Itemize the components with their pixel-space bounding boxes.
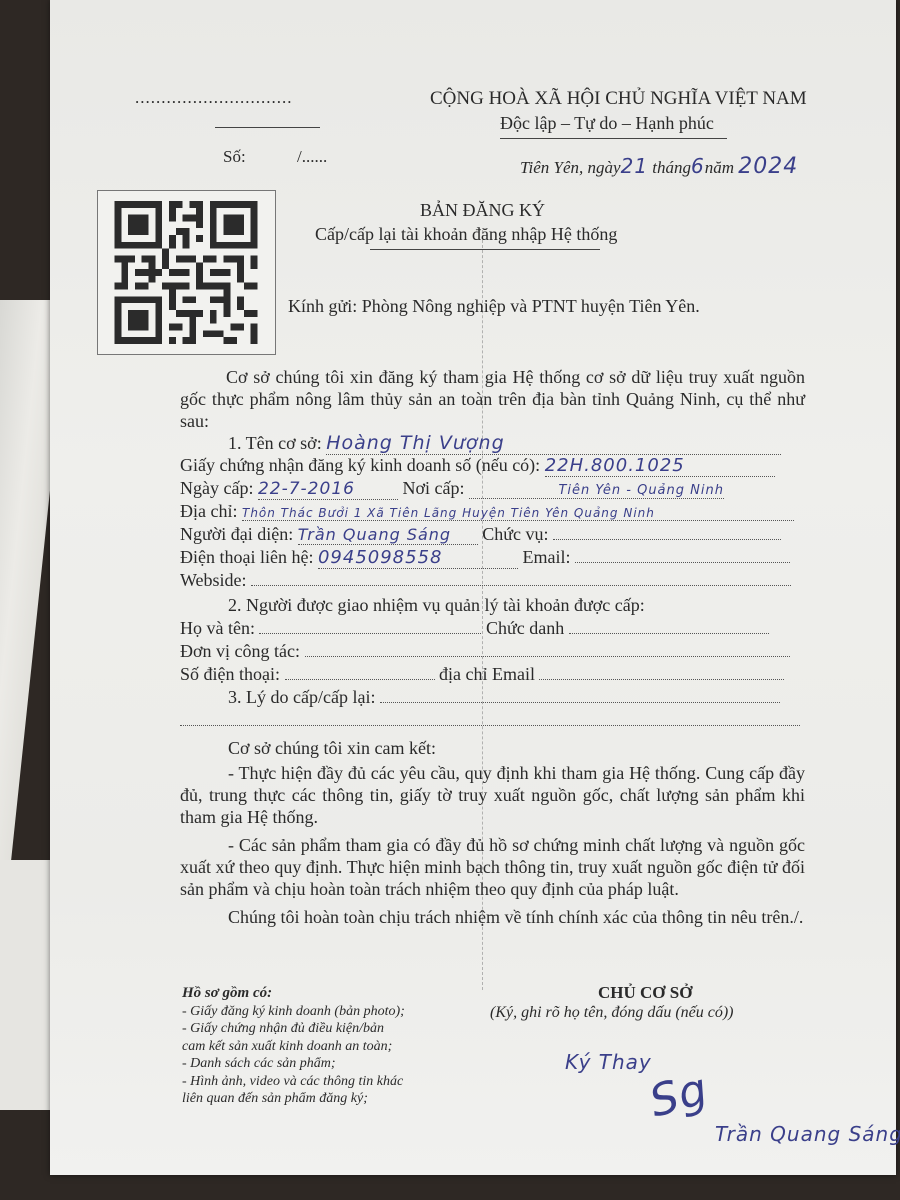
commitment-item-1: - Thực hiện đầy đủ các yêu cầu, quy định… <box>180 762 805 828</box>
year-value: 2024 <box>738 154 798 179</box>
signatory-name: Trần Quang Sáng <box>715 1122 900 1146</box>
issue-place-field[interactable]: Tiên Yên - Quảng Ninh <box>469 483 724 499</box>
divider <box>215 127 320 128</box>
manager-phone-label: Số điện thoại: <box>180 664 280 684</box>
issue-date-field[interactable]: 22-7-2016 <box>258 479 398 500</box>
attachment-item: - Danh sách các sản phẩm; <box>182 1055 482 1073</box>
document-subtitle: Cấp/cấp lại tài khoản đăng nhập Hệ thống <box>315 224 617 245</box>
position-field[interactable] <box>553 539 781 540</box>
address-field[interactable]: Thôn Thác Bưởi 1 Xã Tiên Lãng Huyện Tiên… <box>242 506 794 521</box>
business-cert-label: Giấy chứng nhận đăng ký kinh doanh số (n… <box>180 455 540 475</box>
attachments-heading: Hồ sơ gồm có: <box>182 985 482 1003</box>
reason-field-line2[interactable] <box>180 725 800 726</box>
manager-name-row: Họ và tên: Chức danh <box>180 618 805 640</box>
signature-note: Ký Thay <box>565 1050 652 1074</box>
email-field[interactable] <box>575 562 790 563</box>
reason-row-continued <box>180 710 805 732</box>
address-label: Địa chỉ: <box>180 501 237 521</box>
commitment-closing: Chúng tôi hoàn toàn chịu trách nhiệm về … <box>180 906 805 928</box>
owner-note: (Ký, ghi rõ họ tên, đóng dấu (nếu có)) <box>490 1004 734 1022</box>
attachment-item: - Hình ảnh, video và các thông tin khác … <box>182 1073 417 1108</box>
dateline-prefix: Tiên Yên, ngày <box>520 158 621 177</box>
attachments-list: Hồ sơ gồm có: - Giấy đăng ký kinh doanh … <box>182 985 482 1108</box>
divider <box>500 138 727 139</box>
website-row: Webside: <box>180 570 805 592</box>
motto: Độc lập – Tự do – Hạnh phúc <box>500 113 714 134</box>
email-label: Email: <box>522 547 570 567</box>
workplace-label: Đơn vị công tác: <box>180 641 300 661</box>
signature-mark: Sg <box>644 1063 713 1127</box>
qr-code-icon <box>97 190 276 355</box>
attachment-item: - Giấy chứng nhận đủ điều kiện/bản cam k… <box>182 1020 407 1055</box>
national-title: CỘNG HOÀ XÃ HỘI CHỦ NGHĨA VIỆT NAM <box>430 88 807 110</box>
section2-heading-text: 2. Người được giao nhiệm vụ quản lý tài … <box>228 595 645 615</box>
manager-contact-row: Số điện thoại: địa chỉ Email <box>180 664 805 686</box>
reason-label: 3. Lý do cấp/cấp lại: <box>228 687 375 707</box>
owner-title: CHỦ CƠ SỞ <box>598 983 692 1003</box>
attachment-item: - Giấy đăng ký kinh doanh (bản photo); <box>182 1003 482 1021</box>
website-field[interactable] <box>251 585 791 586</box>
business-cert-field[interactable]: 22H.800.1025 <box>545 455 775 477</box>
issue-date-label: Ngày cấp: <box>180 478 253 498</box>
position-label: Chức vụ: <box>482 524 548 544</box>
recipient: Kính gửi: Phòng Nông nghiệp và PTNT huyệ… <box>288 296 700 317</box>
address-row: Địa chỉ: Thôn Thác Bưởi 1 Xã Tiên Lãng H… <box>180 501 805 523</box>
manager-name-label: Họ và tên: <box>180 618 255 638</box>
workplace-field[interactable] <box>305 656 790 657</box>
section2-heading: 2. Người được giao nhiệm vụ quản lý tài … <box>180 595 805 617</box>
commitment-heading-text: Cơ sở chúng tôi xin cam kết: <box>228 738 436 758</box>
issue-row: Ngày cấp: 22-7-2016 Nơi cấp: Tiên Yên - … <box>180 478 805 500</box>
reason-row: 3. Lý do cấp/cấp lại: <box>180 687 805 709</box>
intro-paragraph: Cơ sở chúng tôi xin đăng ký tham gia Hệ … <box>180 366 805 432</box>
manager-title-field[interactable] <box>569 633 769 634</box>
manager-name-field[interactable] <box>259 633 481 634</box>
reason-field[interactable] <box>380 702 780 703</box>
representative-label: Người đại diện: <box>180 524 293 544</box>
manager-email-label: địa chỉ Email <box>439 664 535 684</box>
manager-email-field[interactable] <box>539 679 784 680</box>
divider <box>370 249 600 250</box>
registration-form-page: .............................. Số: /....… <box>50 0 896 1175</box>
business-cert-row: Giấy chứng nhận đăng ký kinh doanh số (n… <box>180 455 805 477</box>
year-label: năm <box>705 158 734 177</box>
representative-row: Người đại diện: Trần Quang Sáng Chức vụ: <box>180 524 805 546</box>
facility-name-field[interactable]: Hoàng Thị Vượng <box>326 432 781 455</box>
document-title: BẢN ĐĂNG KÝ <box>420 200 545 221</box>
month-label: tháng <box>652 158 691 177</box>
facility-name-row: 1. Tên cơ sở: Hoàng Thị Vượng <box>180 432 805 454</box>
number-value: /...... <box>297 147 327 167</box>
day-value: 21 <box>621 154 648 178</box>
dateline: Tiên Yên, ngày21 tháng6năm 2024 <box>520 154 798 179</box>
number-label: Số: <box>223 147 246 167</box>
phone-field[interactable]: 0945098558 <box>318 547 518 569</box>
workplace-row: Đơn vị công tác: <box>180 641 805 663</box>
manager-title-label: Chức danh <box>486 618 564 638</box>
facility-name-label: 1. Tên cơ sở: <box>228 433 322 453</box>
commitment-item-2: - Các sản phẩm tham gia có đầy đủ hồ sơ … <box>180 834 805 900</box>
phone-label: Điện thoại liên hệ: <box>180 547 313 567</box>
representative-field[interactable]: Trần Quang Sáng <box>298 525 478 545</box>
month-value: 6 <box>691 154 705 178</box>
commitment-heading: Cơ sở chúng tôi xin cam kết: <box>180 738 805 760</box>
phone-email-row: Điện thoại liên hệ: 0945098558 Email: <box>180 547 805 569</box>
issue-place-label: Nơi cấp: <box>402 478 464 498</box>
agency-placeholder: .............................. <box>135 88 293 108</box>
manager-phone-field[interactable] <box>285 679 435 680</box>
website-label: Webside: <box>180 570 247 590</box>
